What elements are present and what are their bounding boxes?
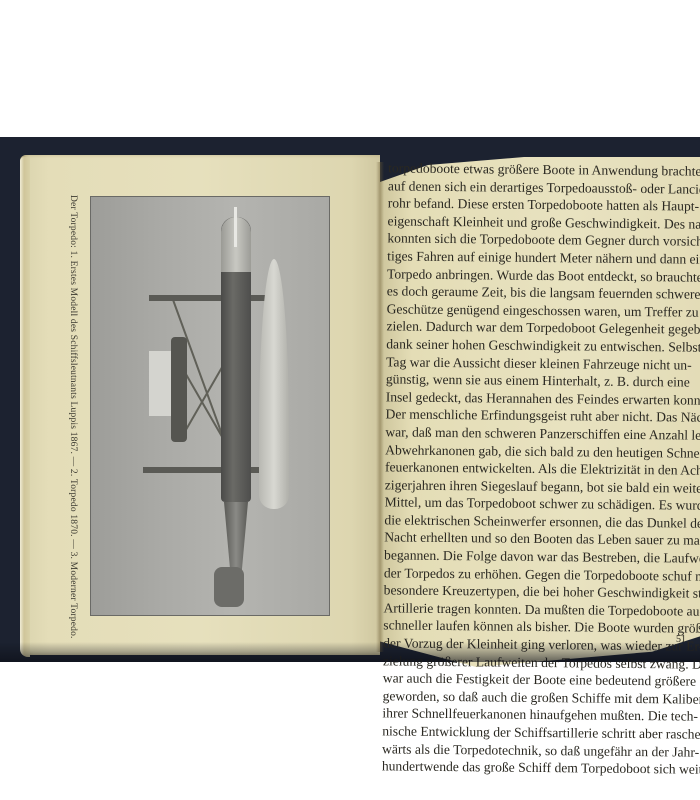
torpedo-pistol [234,207,237,247]
torpedo-illustration [90,196,330,616]
page-edges [20,157,30,657]
book-photograph: Der Torpedo: 1. Erstes Modell des Schiff… [0,137,700,662]
open-book: Der Torpedo: 1. Erstes Modell des Schiff… [0,137,700,662]
book-shadow [0,642,700,662]
body-text: torpedoboote etwas größere Boote in Anwe… [382,159,698,778]
propeller-icon [214,567,244,607]
model-1867 [171,337,187,442]
figure-caption: Der Torpedo: 1. Erstes Modell des Schiff… [62,195,78,595]
frame-bar [149,295,269,301]
text-line: hundertwende das große Schiff dem Torped… [382,758,692,779]
model-box [149,351,171,416]
book-gutter [376,162,384,652]
